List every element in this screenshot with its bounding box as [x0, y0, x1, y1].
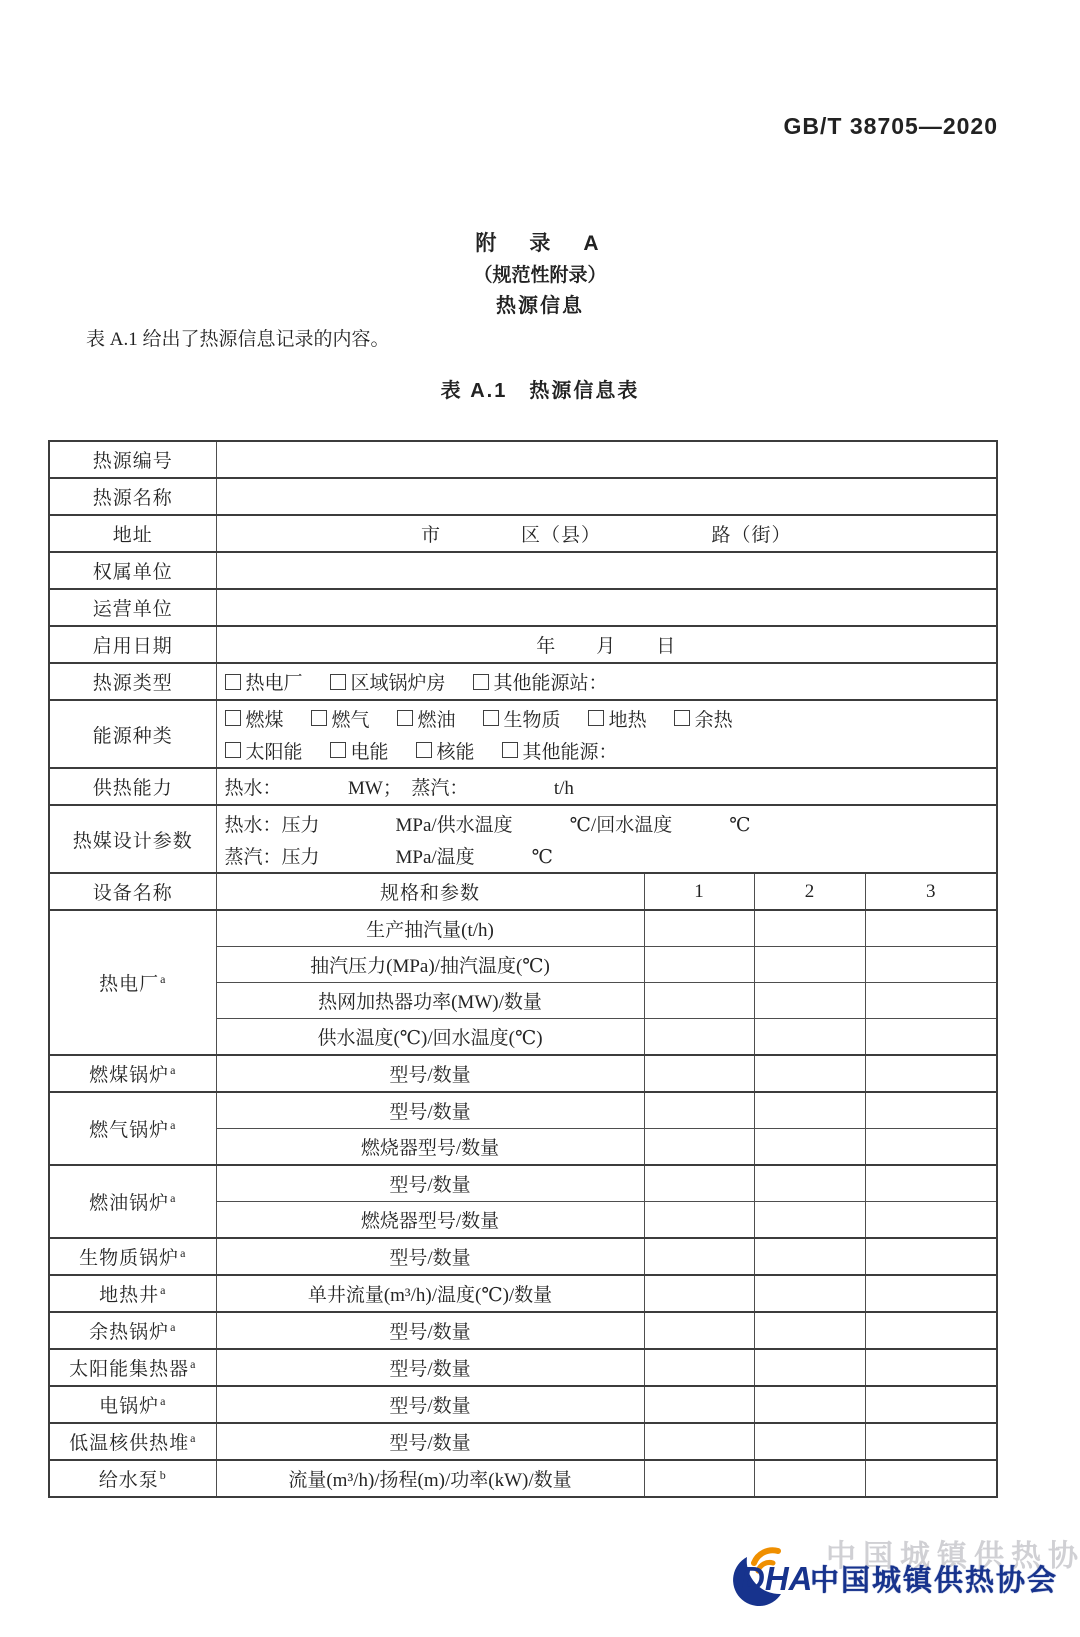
device-footnote-ref: a	[160, 1394, 166, 1408]
checkbox-icon	[225, 742, 241, 758]
device-param-cell: 流量(m³/h)/扬程(m)/功率(kW)/数量	[216, 1460, 644, 1497]
device-row: 电锅炉a型号/数量	[49, 1386, 997, 1423]
device-value-cell	[865, 1202, 997, 1239]
device-name-label: 地热井	[99, 1285, 159, 1306]
device-header-col: 1	[644, 873, 754, 910]
checkbox-option: 热电厂	[225, 668, 303, 695]
checkbox-option: 电能	[330, 737, 389, 764]
checkbox-option: 生物质	[483, 705, 561, 732]
checkbox-icon	[473, 674, 489, 690]
heat-source-table-body: 热源编号热源名称地址市 区（县） 路（街）权属单位运营单位启用日期年 月 日热源…	[49, 441, 997, 1497]
device-param-cell: 生产抽汽量(t/h)	[216, 910, 644, 947]
device-value-cell	[865, 1349, 997, 1386]
appendix-title: 附 录 A	[0, 228, 1080, 260]
device-value-cell	[754, 910, 865, 947]
device-header-row: 设备名称规格和参数123	[49, 873, 997, 910]
device-value-cell	[865, 1129, 997, 1166]
device-footnote-ref: a	[190, 1357, 196, 1371]
device-param-cell: 型号/数量	[216, 1423, 644, 1460]
device-value-cell	[644, 910, 754, 947]
device-value-cell	[754, 1165, 865, 1202]
device-name-label: 余热锅炉	[89, 1322, 169, 1343]
checkbox-icon	[674, 710, 690, 726]
cdha-logo: 中国城镇供热协会 DHA 中国城镇供热协会	[714, 1543, 1058, 1613]
device-value-cell	[644, 1312, 754, 1349]
info-row-label: 地址	[49, 515, 216, 552]
device-value-cell	[865, 1055, 997, 1092]
device-value-cell	[865, 1275, 997, 1312]
checkbox-icon	[311, 710, 327, 726]
document-page: GB/T 38705—2020 附 录 A （规范性附录） 热源信息 表 A.1…	[0, 0, 1080, 1637]
device-name-cell: 太阳能集热器a	[49, 1349, 216, 1386]
fill-in-line: 蒸汽：压力 MPa/温度 ℃	[225, 839, 989, 871]
checkbox-option: 地热	[588, 705, 647, 732]
device-value-cell	[644, 1092, 754, 1129]
device-name-cell: 燃煤锅炉a	[49, 1055, 216, 1092]
info-row-label: 热源编号	[49, 441, 216, 478]
heat-source-table: 热源编号热源名称地址市 区（县） 路（街）权属单位运营单位启用日期年 月 日热源…	[48, 440, 998, 1498]
device-value-cell	[644, 1423, 754, 1460]
checkbox-label: 其他能源站：	[494, 668, 608, 695]
device-value-cell	[754, 1386, 865, 1423]
device-name-label: 电锅炉	[99, 1396, 159, 1417]
device-row: 生物质锅炉a型号/数量	[49, 1238, 997, 1275]
device-value-cell	[754, 1092, 865, 1129]
checkbox-icon	[330, 674, 346, 690]
checkbox-option: 燃煤	[225, 705, 284, 732]
device-value-cell	[644, 1202, 754, 1239]
checkbox-option: 其他能源：	[502, 737, 618, 764]
device-header-col: 2	[754, 873, 865, 910]
checkbox-icon	[588, 710, 604, 726]
device-row: 燃油锅炉a型号/数量	[49, 1165, 997, 1202]
device-row: 地热井a单井流量(m³/h)/温度(℃)/数量	[49, 1275, 997, 1312]
device-name-label: 燃油锅炉	[89, 1193, 169, 1214]
info-row-value: 燃煤燃气燃油生物质地热余热太阳能电能核能其他能源：	[216, 700, 997, 768]
device-footnote-ref: a	[170, 1118, 176, 1132]
device-value-cell	[865, 1165, 997, 1202]
table-row: 供热能力热水： MW； 蒸汽： t/h	[49, 768, 997, 805]
checkbox-label: 燃油	[418, 705, 456, 732]
table-row: 热媒设计参数热水：压力 MPa/供水温度 ℃/回水温度 ℃蒸汽：压力 MPa/温…	[49, 805, 997, 873]
table-caption: 表 A.1 热源信息表	[0, 374, 1080, 403]
info-row-label: 热源类型	[49, 663, 216, 700]
device-name-label: 太阳能集热器	[69, 1359, 189, 1380]
checkbox-label: 其他能源：	[523, 737, 618, 764]
device-name-cell: 地热井a	[49, 1275, 216, 1312]
info-row-value: 市 区（县） 路（街）	[216, 515, 997, 552]
device-value-cell	[865, 1423, 997, 1460]
device-value-cell	[644, 1019, 754, 1056]
checkbox-label: 地热	[609, 705, 647, 732]
device-row: 余热锅炉a型号/数量	[49, 1312, 997, 1349]
device-value-cell	[754, 1238, 865, 1275]
cdha-logo-text: 中国城镇供热协会	[810, 1558, 1058, 1599]
device-value-cell	[644, 1349, 754, 1386]
table-row: 热源编号	[49, 441, 997, 478]
device-param-cell: 抽汽压力(MPa)/抽汽温度(℃)	[216, 947, 644, 983]
device-footnote-ref: a	[170, 1063, 176, 1077]
device-footnote-ref: a	[190, 1431, 196, 1445]
info-row-label: 运营单位	[49, 589, 216, 626]
checkbox-line: 热电厂区域锅炉房其他能源站：	[225, 666, 989, 698]
device-name-cell: 余热锅炉a	[49, 1312, 216, 1349]
checkbox-icon	[330, 742, 346, 758]
device-param-cell: 单井流量(m³/h)/温度(℃)/数量	[216, 1275, 644, 1312]
info-row-value	[216, 552, 997, 589]
device-header-name: 设备名称	[49, 873, 216, 910]
info-row-value: 热水：压力 MPa/供水温度 ℃/回水温度 ℃蒸汽：压力 MPa/温度 ℃	[216, 805, 997, 873]
checkbox-icon	[225, 674, 241, 690]
device-name-label: 燃气锅炉	[89, 1120, 169, 1141]
device-value-cell	[754, 1019, 865, 1056]
checkbox-label: 太阳能	[246, 737, 303, 764]
checkbox-line: 燃煤燃气燃油生物质地热余热	[225, 702, 989, 734]
device-value-cell	[644, 947, 754, 983]
table-row: 热源类型热电厂区域锅炉房其他能源站：	[49, 663, 997, 700]
info-row-value	[216, 441, 997, 478]
table-row: 热源名称	[49, 478, 997, 515]
device-value-cell	[644, 1165, 754, 1202]
device-param-cell: 型号/数量	[216, 1386, 644, 1423]
info-row-label: 供热能力	[49, 768, 216, 805]
checkbox-icon	[397, 710, 413, 726]
checkbox-option: 区域锅炉房	[330, 668, 446, 695]
device-row: 太阳能集热器a型号/数量	[49, 1349, 997, 1386]
device-value-cell	[644, 1055, 754, 1092]
device-name-cell: 给水泵b	[49, 1460, 216, 1497]
info-row-label: 权属单位	[49, 552, 216, 589]
device-value-cell	[644, 1129, 754, 1166]
device-name-cell: 燃气锅炉a	[49, 1092, 216, 1165]
device-param-cell: 型号/数量	[216, 1165, 644, 1202]
checkbox-label: 核能	[437, 737, 475, 764]
device-param-cell: 型号/数量	[216, 1055, 644, 1092]
device-param-cell: 型号/数量	[216, 1238, 644, 1275]
device-name-label: 热电厂	[99, 974, 159, 995]
device-row: 给水泵b流量(m³/h)/扬程(m)/功率(kW)/数量	[49, 1460, 997, 1497]
table-row: 能源种类燃煤燃气燃油生物质地热余热太阳能电能核能其他能源：	[49, 700, 997, 768]
table-row: 运营单位	[49, 589, 997, 626]
appendix-title-block: 附 录 A （规范性附录） 热源信息	[0, 228, 1080, 322]
device-value-cell	[865, 1238, 997, 1275]
device-footnote-ref: a	[160, 1283, 166, 1297]
checkbox-label: 燃煤	[246, 705, 284, 732]
device-value-cell	[754, 983, 865, 1019]
device-value-cell	[865, 910, 997, 947]
checkbox-label: 生物质	[504, 705, 561, 732]
table-row: 地址市 区（县） 路（街）	[49, 515, 997, 552]
info-row-label: 热源名称	[49, 478, 216, 515]
device-value-cell	[644, 1386, 754, 1423]
checkbox-option: 余热	[674, 705, 733, 732]
device-param-cell: 燃烧器型号/数量	[216, 1202, 644, 1239]
info-row-value: 年 月 日	[216, 626, 997, 663]
device-value-cell	[865, 1092, 997, 1129]
device-value-cell	[644, 1275, 754, 1312]
device-param-cell: 型号/数量	[216, 1092, 644, 1129]
device-header-col: 3	[865, 873, 997, 910]
device-row: 燃气锅炉a型号/数量	[49, 1092, 997, 1129]
device-footnote-ref: a	[180, 1246, 186, 1260]
info-row-value	[216, 589, 997, 626]
device-name-label: 低温核供热堆	[69, 1433, 189, 1454]
cdha-logo-mark: DHA	[714, 1546, 806, 1610]
device-footnote-ref: a	[170, 1320, 176, 1334]
device-param-cell: 燃烧器型号/数量	[216, 1129, 644, 1166]
cdha-logo-acronym: DHA	[741, 1560, 813, 1598]
device-footnote-ref: a	[170, 1191, 176, 1205]
checkbox-icon	[225, 710, 241, 726]
checkbox-option: 其他能源站：	[473, 668, 608, 695]
checkbox-label: 燃气	[332, 705, 370, 732]
device-value-cell	[754, 1202, 865, 1239]
checkbox-label: 电能	[351, 737, 389, 764]
checkbox-option: 燃气	[311, 705, 370, 732]
device-header-spec: 规格和参数	[216, 873, 644, 910]
checkbox-label: 余热	[695, 705, 733, 732]
info-row-label: 能源种类	[49, 700, 216, 768]
checkbox-option: 太阳能	[225, 737, 303, 764]
standard-code: GB/T 38705—2020	[784, 113, 998, 140]
checkbox-icon	[483, 710, 499, 726]
info-row-value: 热电厂区域锅炉房其他能源站：	[216, 663, 997, 700]
appendix-subtitle: （规范性附录）	[0, 260, 1080, 291]
device-value-cell	[754, 1423, 865, 1460]
table-row: 启用日期年 月 日	[49, 626, 997, 663]
device-value-cell	[865, 1312, 997, 1349]
device-name-cell: 热电厂a	[49, 910, 216, 1055]
fill-in-line: 热水： MW； 蒸汽： t/h	[225, 771, 989, 803]
info-row-value	[216, 478, 997, 515]
device-name-cell: 燃油锅炉a	[49, 1165, 216, 1238]
checkbox-icon	[416, 742, 432, 758]
device-value-cell	[644, 1238, 754, 1275]
checkbox-label: 热电厂	[246, 668, 303, 695]
device-name-cell: 电锅炉a	[49, 1386, 216, 1423]
device-value-cell	[865, 1460, 997, 1497]
device-param-cell: 热网加热器功率(MW)/数量	[216, 983, 644, 1019]
checkbox-icon	[502, 742, 518, 758]
device-footnote-ref: b	[160, 1468, 167, 1482]
device-value-cell	[865, 983, 997, 1019]
appendix-heading: 热源信息	[0, 291, 1080, 322]
device-footnote-ref: a	[160, 972, 166, 986]
device-value-cell	[865, 1019, 997, 1056]
info-row-value: 热水： MW； 蒸汽： t/h	[216, 768, 997, 805]
device-name-label: 燃煤锅炉	[89, 1065, 169, 1086]
checkbox-label: 区域锅炉房	[351, 668, 446, 695]
device-value-cell	[754, 947, 865, 983]
device-row: 低温核供热堆a型号/数量	[49, 1423, 997, 1460]
intro-paragraph: 表 A.1 给出了热源信息记录的内容。	[48, 326, 948, 354]
device-value-cell	[644, 983, 754, 1019]
table-row: 权属单位	[49, 552, 997, 589]
device-name-cell: 低温核供热堆a	[49, 1423, 216, 1460]
fill-in-line: 热水：压力 MPa/供水温度 ℃/回水温度 ℃	[225, 807, 989, 839]
device-value-cell	[754, 1460, 865, 1497]
device-value-cell	[865, 1386, 997, 1423]
device-value-cell	[754, 1129, 865, 1166]
device-name-label: 生物质锅炉	[79, 1248, 179, 1269]
checkbox-option: 燃油	[397, 705, 456, 732]
device-row: 燃煤锅炉a型号/数量	[49, 1055, 997, 1092]
checkbox-line: 太阳能电能核能其他能源：	[225, 734, 989, 766]
device-param-cell: 供水温度(℃)/回水温度(℃)	[216, 1019, 644, 1056]
device-value-cell	[754, 1312, 865, 1349]
device-value-cell	[754, 1275, 865, 1312]
device-param-cell: 型号/数量	[216, 1312, 644, 1349]
info-row-label: 启用日期	[49, 626, 216, 663]
info-row-label: 热媒设计参数	[49, 805, 216, 873]
device-value-cell	[754, 1055, 865, 1092]
device-value-cell	[754, 1349, 865, 1386]
device-value-cell	[865, 947, 997, 983]
device-value-cell	[644, 1460, 754, 1497]
checkbox-option: 核能	[416, 737, 475, 764]
device-row: 热电厂a生产抽汽量(t/h)	[49, 910, 997, 947]
device-name-cell: 生物质锅炉a	[49, 1238, 216, 1275]
device-param-cell: 型号/数量	[216, 1349, 644, 1386]
device-name-label: 给水泵	[99, 1470, 159, 1491]
